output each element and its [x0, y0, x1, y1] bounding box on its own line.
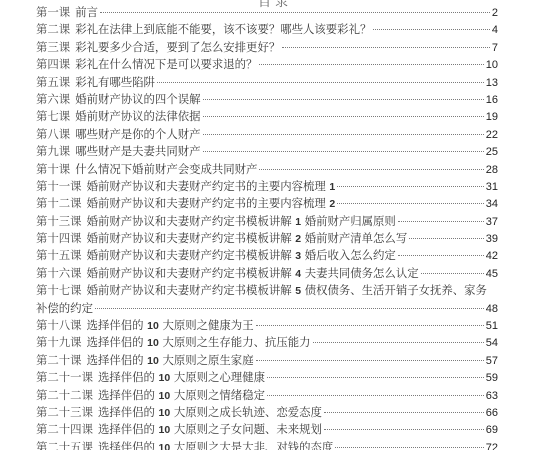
- toc-page-number: 69: [486, 422, 498, 439]
- toc-entry[interactable]: 第二十四课选择伴侣的 10 大原则之子女问题、未来规划69: [36, 421, 498, 438]
- toc-entry-title: 哪些财产是你的个人财产: [75, 126, 200, 143]
- dot-leader: [335, 447, 483, 448]
- toc-entry[interactable]: 第十一课婚前财产协议和夫妻财产约定书的主要内容梳理 131: [36, 178, 498, 195]
- dot-leader: [373, 29, 490, 30]
- dot-leader: [324, 412, 484, 413]
- toc-lesson-number: 第五课: [36, 74, 70, 91]
- toc-entry[interactable]: 第十七课婚前财产协议和夫妻财产约定书模板讲解 5 债权债务、生活开销子女抚养、家…: [36, 282, 498, 299]
- toc-entry-title: 婚前财产协议和夫妻财产约定书的主要内容梳理 2: [87, 195, 336, 213]
- toc-page-number: 39: [486, 231, 498, 248]
- toc-lesson-number: 第二十三课: [36, 404, 93, 421]
- dot-leader: [421, 273, 484, 274]
- toc-entry-title: 选择伴侣的 10 大原则之大是大非、对钱的态度: [98, 439, 333, 450]
- toc-entry[interactable]: 第十四课婚前财产协议和夫妻财产约定书模板讲解 2 婚前财产清单怎么写39: [36, 230, 498, 247]
- dot-leader: [157, 82, 484, 83]
- toc-lesson-number: 第十七课: [36, 282, 82, 299]
- toc-lesson-number: 第十三课: [36, 213, 82, 230]
- toc-lesson-number: 第六课: [36, 91, 70, 108]
- toc-lesson-number: 第四课: [36, 56, 70, 73]
- toc-lesson-number: 第八课: [36, 126, 70, 143]
- dot-leader: [203, 116, 484, 117]
- toc-entry[interactable]: 第二十课选择伴侣的 10 大原则之原生家庭57: [36, 352, 498, 369]
- toc-entry[interactable]: 第十六课婚前财产协议和夫妻财产约定书模板讲解 4 夫妻共同债务怎么认定45: [36, 265, 498, 282]
- toc-lesson-number: 第一课: [36, 4, 70, 21]
- toc-page-number: 37: [486, 214, 498, 231]
- toc-page-number: 28: [486, 162, 498, 179]
- toc-lesson-number: 第十五课: [36, 247, 82, 264]
- dot-leader: [259, 64, 483, 65]
- toc-page-number: 34: [486, 196, 498, 213]
- toc-page-number: 72: [486, 440, 498, 450]
- toc-entry-title: 彩礼在什么情况下是可以要求退的？: [75, 56, 257, 73]
- toc-entry-title: 彩礼要多少合适，要到了怎么安排更好？: [75, 39, 280, 56]
- dot-leader: [337, 186, 484, 187]
- toc-entry-title: 选择伴侣的 10 大原则之子女问题、未来规划: [98, 421, 322, 439]
- toc-lesson-number: 第三课: [36, 39, 70, 56]
- toc-entry-title: 婚前财产协议和夫妻财产约定书模板讲解 2 婚前财产清单怎么写: [87, 230, 408, 248]
- toc-lesson-number: 第十九课: [36, 334, 82, 351]
- toc-entry-title: 婚前财产协议的法律依据: [75, 108, 200, 125]
- dot-leader: [203, 99, 484, 100]
- toc-entry[interactable]: 第六课婚前财产协议的四个误解16: [36, 91, 498, 108]
- dot-leader: [203, 134, 484, 135]
- toc-lesson-number: 第二十五课: [36, 439, 93, 450]
- toc-entry[interactable]: 第十八课选择伴侣的 10 大原则之健康为王51: [36, 317, 498, 334]
- toc-entry-title: 选择伴侣的 10 大原则之生存能力、抗压能力: [87, 334, 311, 352]
- dot-leader: [256, 325, 484, 326]
- toc-entry[interactable]: 第二课彩礼在法律上到底能不能要，该不该要？哪些人该要彩礼？4: [36, 21, 498, 38]
- toc-entry[interactable]: 第二十五课选择伴侣的 10 大原则之大是大非、对钱的态度72: [36, 439, 498, 450]
- toc-lesson-number: 第二十四课: [36, 421, 93, 438]
- dot-leader: [100, 12, 490, 13]
- toc-entry-title: 什么情况下婚前财产会变成共同财产: [75, 161, 257, 178]
- toc-page-number: 57: [486, 353, 498, 370]
- toc-entry-title: 婚前财产协议和夫妻财产约定书的主要内容梳理 1: [87, 178, 336, 196]
- dot-leader: [259, 169, 483, 170]
- toc-entry-title: 哪些财产是夫妻共同财产: [75, 143, 200, 160]
- toc-lesson-number: 第十一课: [36, 178, 82, 195]
- dot-leader: [337, 203, 484, 204]
- toc-lesson-number: 第二十二课: [36, 387, 93, 404]
- toc-entry[interactable]: 第五课彩礼有哪些陷阱13: [36, 74, 498, 91]
- toc-entry-title: 选择伴侣的 10 大原则之健康为王: [87, 317, 254, 335]
- toc-entry[interactable]: 第九课哪些财产是夫妻共同财产25: [36, 143, 498, 160]
- toc-entry[interactable]: 第十课什么情况下婚前财产会变成共同财产28: [36, 161, 498, 178]
- toc-entry[interactable]: 第四课彩礼在什么情况下是可以要求退的？10: [36, 56, 498, 73]
- toc-page-number: 59: [486, 370, 498, 387]
- toc-entry[interactable]: 第十五课婚前财产协议和夫妻财产约定书模板讲解 3 婚后收入怎么约定42: [36, 247, 498, 264]
- toc-entry-title: 婚前财产协议和夫妻财产约定书模板讲解 1 婚前财产归属原则: [87, 213, 396, 231]
- dot-leader: [256, 360, 484, 361]
- toc-page-number: 2: [492, 5, 498, 22]
- toc-page-number: 48: [486, 301, 498, 318]
- toc-entry-title: 彩礼在法律上到底能不能要，该不该要？哪些人该要彩礼？: [75, 21, 371, 38]
- toc-page-number: 16: [486, 92, 498, 109]
- dot-leader: [267, 377, 484, 378]
- toc-page-number: 42: [486, 248, 498, 265]
- toc-entry[interactable]: 第十二课婚前财产协议和夫妻财产约定书的主要内容梳理 234: [36, 195, 498, 212]
- toc-entry[interactable]: 第二十三课选择伴侣的 10 大原则之成长轨迹、恋爱态度66: [36, 404, 498, 421]
- table-of-contents: 第一课前言2第二课彩礼在法律上到底能不能要，该不该要？哪些人该要彩礼？4第三课彩…: [36, 4, 498, 450]
- toc-entry-title: 婚前财产协议和夫妻财产约定书模板讲解 5 债权债务、生活开销子女抚养、家务: [87, 282, 487, 300]
- toc-page-number: 45: [486, 266, 498, 283]
- toc-entry-title: 彩礼有哪些陷阱: [75, 74, 155, 91]
- toc-entry[interactable]: 第三课彩礼要多少合适，要到了怎么安排更好？7: [36, 39, 498, 56]
- dot-leader: [282, 47, 490, 48]
- toc-page-number: 10: [486, 57, 498, 74]
- dot-leader: [324, 429, 484, 430]
- dot-leader: [398, 221, 484, 222]
- toc-lesson-number: 第九课: [36, 143, 70, 160]
- toc-page-number: 25: [486, 144, 498, 161]
- toc-lesson-number: 第二课: [36, 21, 70, 38]
- toc-page-number: 22: [486, 127, 498, 144]
- toc-entry-title: 选择伴侣的 10 大原则之成长轨迹、恋爱态度: [98, 404, 322, 422]
- toc-entry[interactable]: 第一课前言2: [36, 4, 498, 21]
- dot-leader: [203, 151, 484, 152]
- toc-page-number: 13: [486, 75, 498, 92]
- toc-entry[interactable]: 第二十二课选择伴侣的 10 大原则之情绪稳定63: [36, 387, 498, 404]
- dot-leader: [313, 342, 484, 343]
- toc-entry[interactable]: 第十九课选择伴侣的 10 大原则之生存能力、抗压能力54: [36, 334, 498, 351]
- document-page: 目录 第一课前言2第二课彩礼在法律上到底能不能要，该不该要？哪些人该要彩礼？4第…: [0, 0, 550, 450]
- toc-lesson-number: 第七课: [36, 108, 70, 125]
- dot-leader: [95, 308, 484, 309]
- toc-lesson-number: 第十六课: [36, 265, 82, 282]
- toc-page-number: 63: [486, 388, 498, 405]
- toc-entry[interactable]: 第八课哪些财产是你的个人财产22: [36, 126, 498, 143]
- toc-entry-title: 婚前财产协议和夫妻财产约定书模板讲解 4 夫妻共同债务怎么认定: [87, 265, 419, 283]
- toc-entry[interactable]: 第二十一课选择伴侣的 10 大原则之心理健康59: [36, 369, 498, 386]
- toc-entry-title: 前言: [75, 4, 98, 21]
- toc-entry-title: 婚前财产协议和夫妻财产约定书模板讲解 3 婚后收入怎么约定: [87, 247, 396, 265]
- toc-entry-title-continuation: 补偿的约定: [36, 300, 93, 317]
- toc-entry-continuation[interactable]: 补偿的约定48: [36, 300, 498, 317]
- toc-entry-title: 选择伴侣的 10 大原则之情绪稳定: [98, 387, 265, 405]
- toc-lesson-number: 第十二课: [36, 195, 82, 212]
- toc-page-number: 19: [486, 109, 498, 126]
- toc-lesson-number: 第十八课: [36, 317, 82, 334]
- toc-page-number: 4: [492, 22, 498, 39]
- toc-lesson-number: 第十四课: [36, 230, 82, 247]
- toc-entry[interactable]: 第七课婚前财产协议的法律依据19: [36, 108, 498, 125]
- dot-leader: [267, 395, 484, 396]
- toc-page-number: 31: [486, 179, 498, 196]
- toc-entry[interactable]: 第十三课婚前财产协议和夫妻财产约定书模板讲解 1 婚前财产归属原则37: [36, 213, 498, 230]
- toc-entry-title: 选择伴侣的 10 大原则之原生家庭: [87, 352, 254, 370]
- toc-lesson-number: 第二十课: [36, 352, 82, 369]
- toc-entry-title: 选择伴侣的 10 大原则之心理健康: [98, 369, 265, 387]
- dot-leader: [409, 238, 484, 239]
- toc-entry-title: 婚前财产协议的四个误解: [75, 91, 200, 108]
- toc-page-number: 7: [492, 40, 498, 57]
- toc-page-number: 66: [486, 405, 498, 422]
- toc-lesson-number: 第二十一课: [36, 369, 93, 386]
- toc-page-number: 54: [486, 335, 498, 352]
- toc-page-number: 51: [486, 318, 498, 335]
- toc-lesson-number: 第十课: [36, 161, 70, 178]
- dot-leader: [398, 255, 484, 256]
